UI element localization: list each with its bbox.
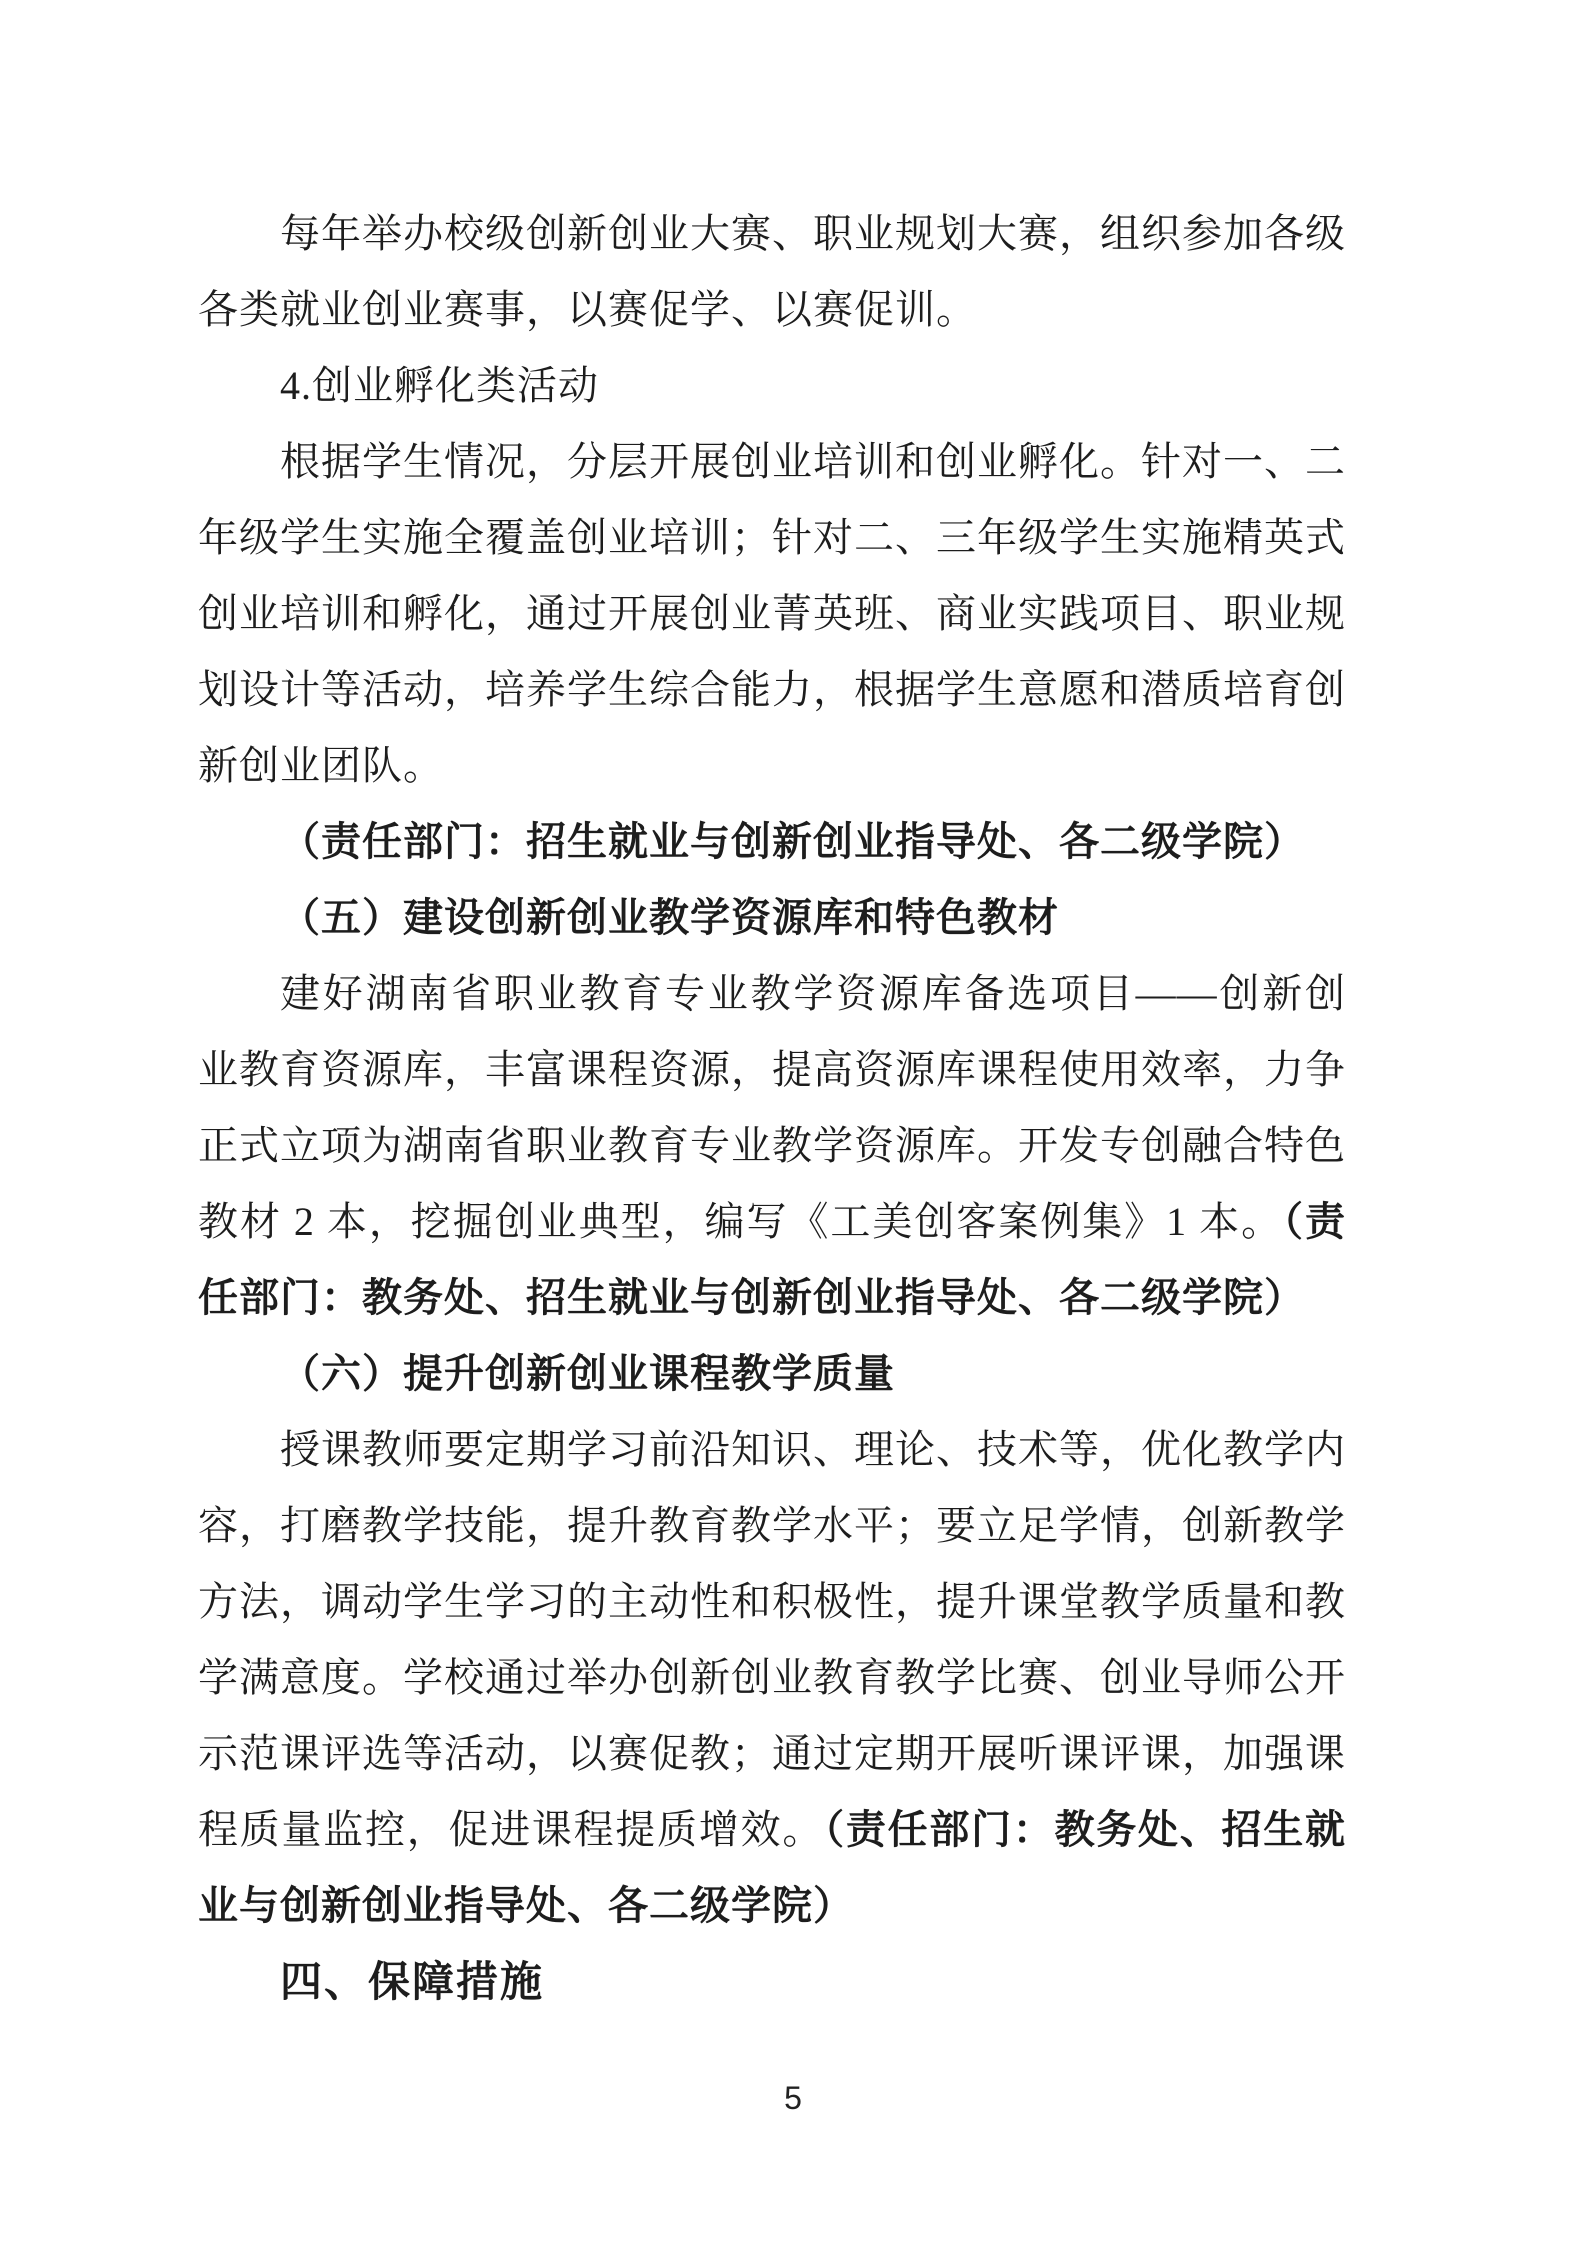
text-line: 划设计等活动，培养学生综合能力，根据学生意愿和潜质培育创 [198,652,1346,728]
text-line: 每年举办校级创新创业大赛、职业规划大赛，组织参加各级 [198,196,1346,272]
text-line: 创业培训和孵化，通过开展创业菁英班、商业实践项目、职业规 [198,576,1346,652]
heading-section-5: （五）建设创新创业教学资源库和特色教材 [198,880,1346,956]
document-body: 每年举办校级创新创业大赛、职业规划大赛，组织参加各级 各类就业创业赛事，以赛促学… [198,196,1346,2020]
responsibility-note-inline: （责 [1283,1199,1346,1244]
text-line: 方法，调动学生学习的主动性和积极性，提升课堂教学质量和教 [198,1564,1346,1640]
text-segment: 程质量监控，促进课程提质增效。 [198,1807,824,1852]
text-line: 新创业团队。 [198,728,1346,804]
text-segment: 教材 2 本，挖掘创业典型，编写《工美创客案例集》1 本。 [198,1199,1283,1244]
text-line: 各类就业创业赛事，以赛促学、以赛促训。 [198,272,1346,348]
document-page: 每年举办校级创新创业大赛、职业规划大赛，组织参加各级 各类就业创业赛事，以赛促学… [0,0,1586,2245]
responsibility-note: 任部门：教务处、招生就业与创新创业指导处、各二级学院） [198,1260,1346,1336]
text-line: 示范课评选等活动，以赛促教；通过定期开展听课评课，加强课 [198,1716,1346,1792]
heading-activity-4: 4.创业孵化类活动 [198,348,1346,424]
text-line: 授课教师要定期学习前沿知识、理论、技术等，优化教学内 [198,1412,1346,1488]
text-line: 容，打磨教学技能，提升教育教学水平；要立足学情，创新教学 [198,1488,1346,1564]
responsibility-note: （责任部门：招生就业与创新创业指导处、各二级学院） [198,804,1346,880]
text-line: 业教育资源库，丰富课程资源，提高资源库课程使用效率，力争 [198,1032,1346,1108]
text-line: 根据学生情况，分层开展创业培训和创业孵化。针对一、二 [198,424,1346,500]
heading-section-6: （六）提升创新创业课程教学质量 [198,1336,1346,1412]
text-line: 年级学生实施全覆盖创业培训；针对二、三年级学生实施精英式 [198,500,1346,576]
page-number: 5 [0,2078,1586,2118]
text-line: 正式立项为湖南省职业教育专业教学资源库。开发专创融合特色 [198,1108,1346,1184]
responsibility-note-inline: （责任部门：教务处、招生就 [824,1807,1346,1852]
text-line: 程质量监控，促进课程提质增效。（责任部门：教务处、招生就 [198,1792,1346,1868]
responsibility-note: 业与创新创业指导处、各二级学院） [198,1868,1346,1944]
text-line: 建好湖南省职业教育专业教学资源库备选项目——创新创 [198,956,1346,1032]
heading-chapter-4: 四、保障措施 [198,1944,1346,2020]
text-line: 学满意度。学校通过举办创新创业教育教学比赛、创业导师公开 [198,1640,1346,1716]
text-line: 教材 2 本，挖掘创业典型，编写《工美创客案例集》1 本。（责 [198,1184,1346,1260]
